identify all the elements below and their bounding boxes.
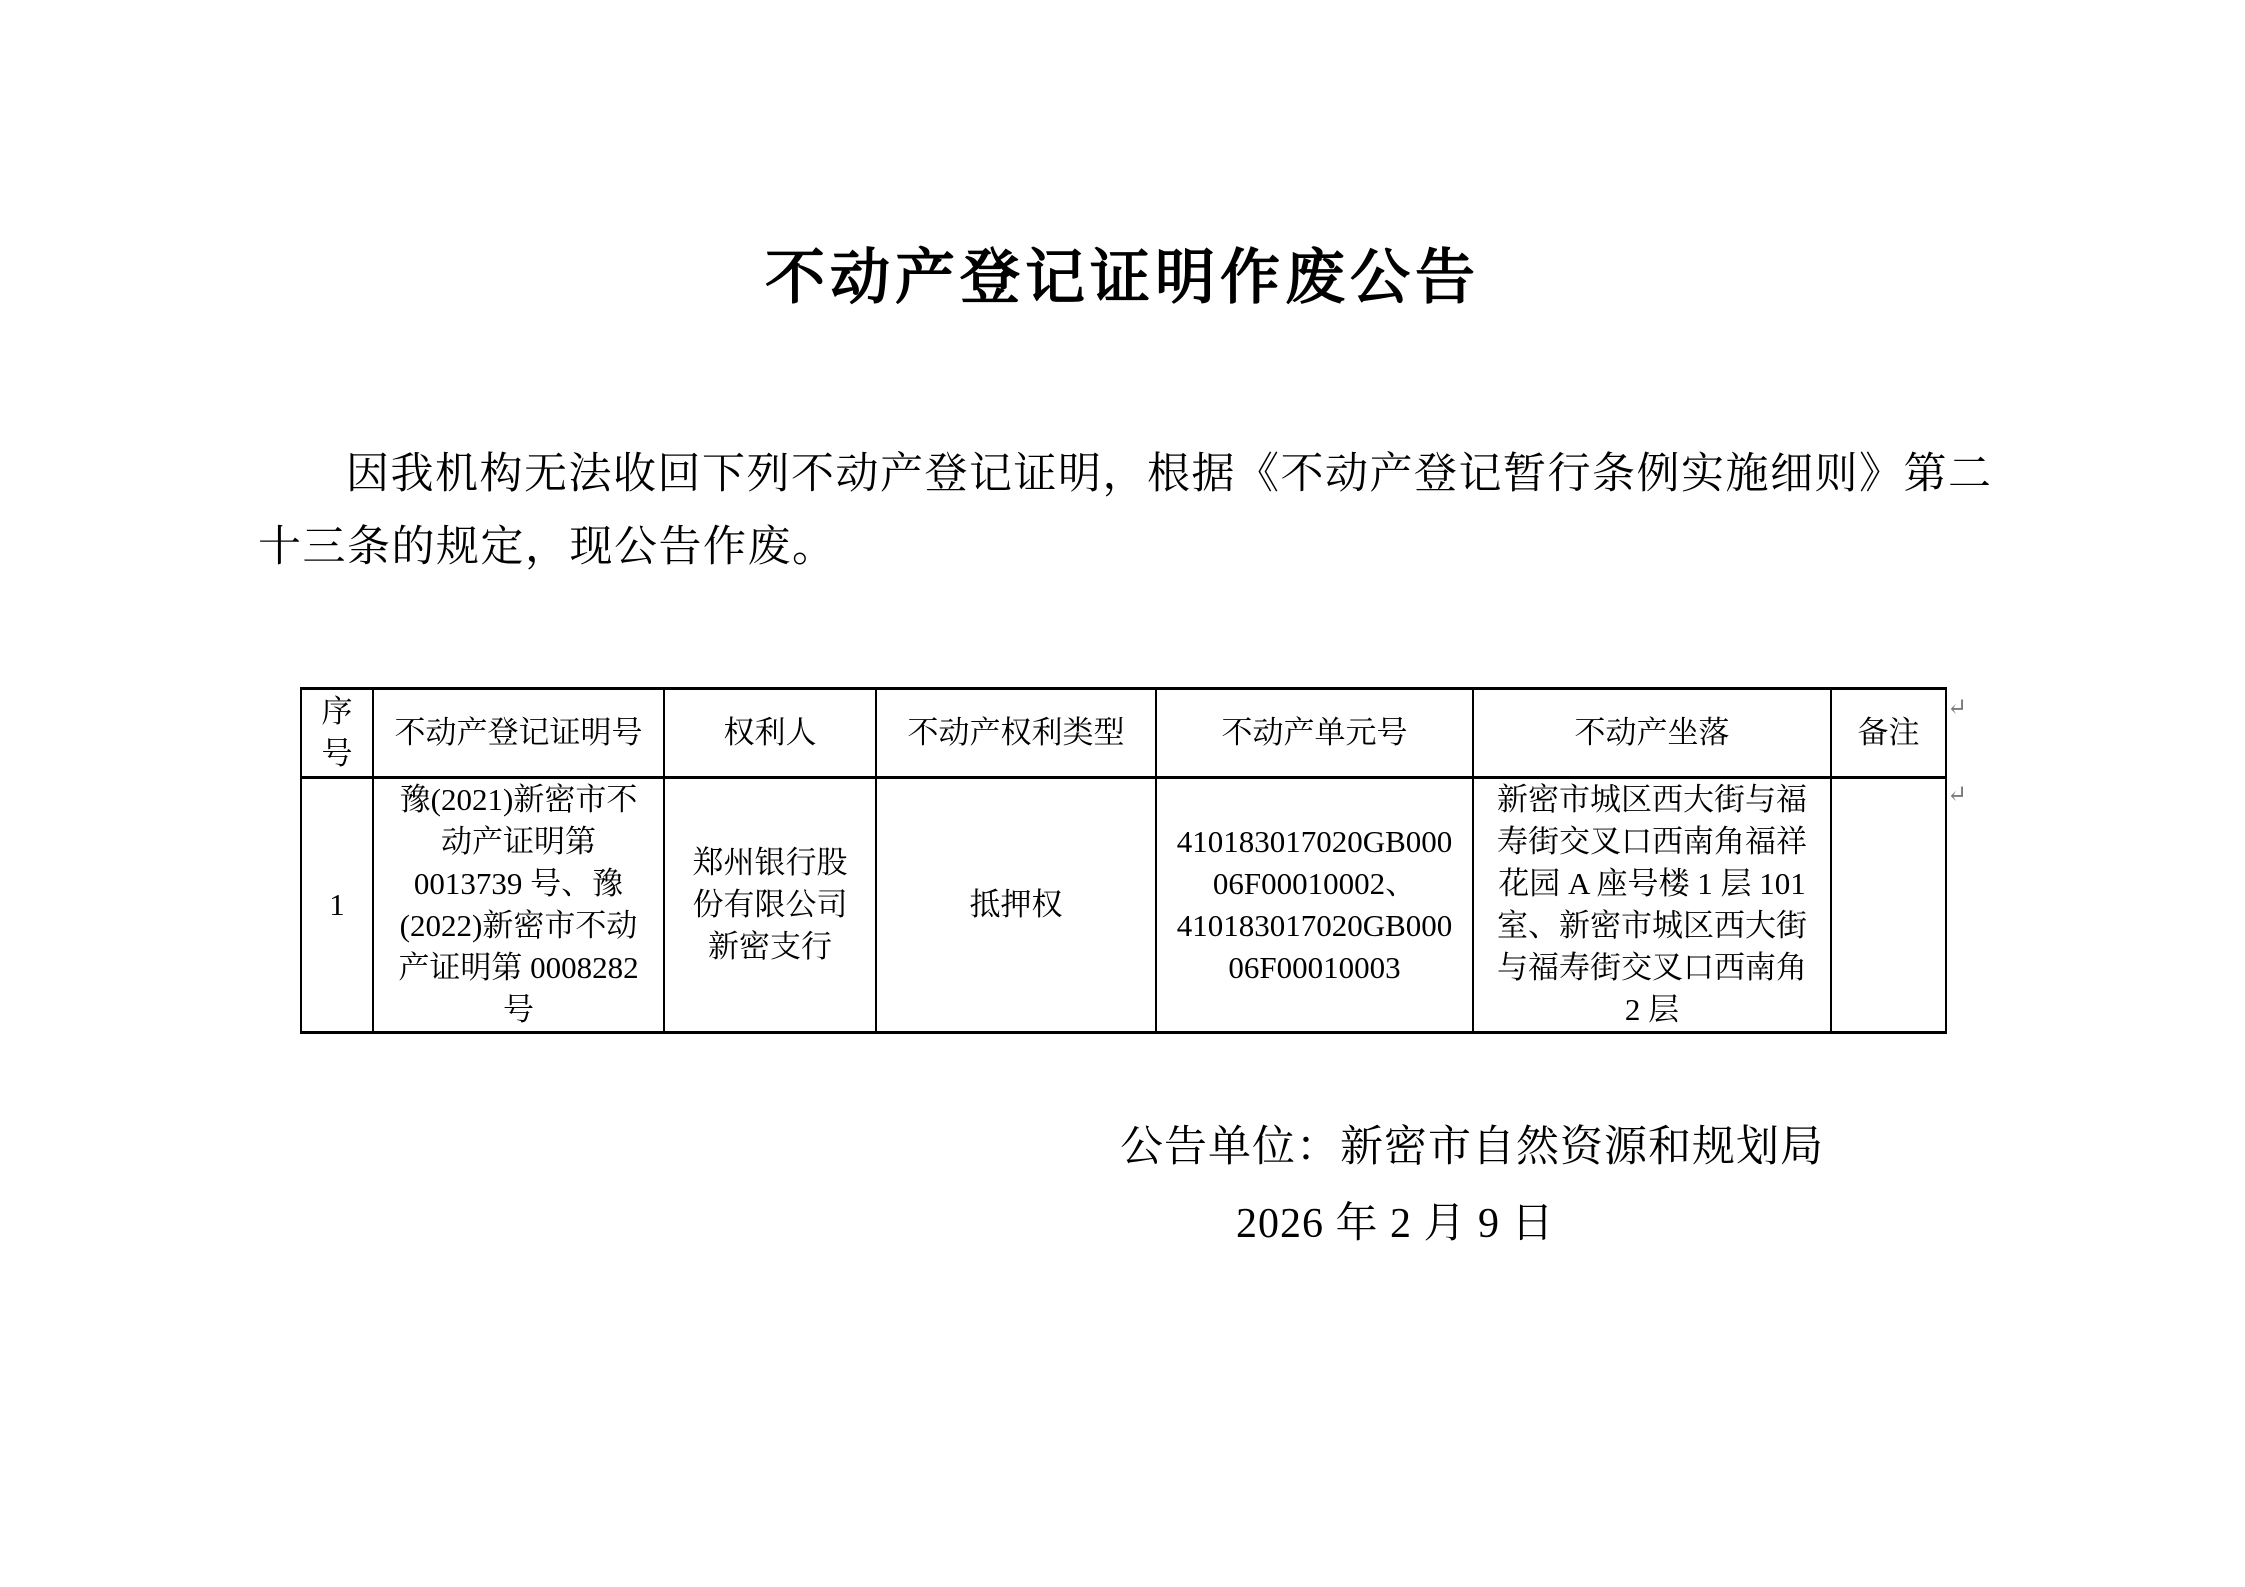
cell-holder: 郑州银行股 份有限公司 新密支行 xyxy=(664,778,876,1033)
col-header-cert-no: 不动产登记证明号 xyxy=(373,689,664,778)
certificates-table: 序 号 不动产登记证明号 权利人 不动产权利类型 不动产单元号 不动产坐落 备注… xyxy=(300,687,1947,1034)
page-title: 不动产登记证明作废公告 xyxy=(0,238,2245,318)
issuer-line: 公告单位：新密市自然资源和规划局 xyxy=(1120,1122,1824,1174)
table-row: 1 豫(2021)新密市不 动产证明第 0013739 号、豫 (2022)新密… xyxy=(301,778,1946,1033)
cell-unit-no: 410183017020GB000 06F00010002、 410183017… xyxy=(1156,778,1473,1033)
table-header-row: 序 号 不动产登记证明号 权利人 不动产权利类型 不动产单元号 不动产坐落 备注 xyxy=(301,689,1946,778)
cell-seq: 1 xyxy=(301,778,373,1033)
paragraph-return-icon: ↵ xyxy=(1947,696,1967,720)
col-header-seq: 序 号 xyxy=(301,689,373,778)
notice-paragraph-line-1: 因我机构无法收回下列不动产登记证明，根据《不动产登记暂行条例实施细则》第二 xyxy=(258,438,1973,511)
col-header-holder: 权利人 xyxy=(664,689,876,778)
col-header-location: 不动产坐落 xyxy=(1473,689,1831,778)
notice-paragraph-line-2: 十三条的规定，现公告作废。 xyxy=(258,511,1973,584)
cell-remark xyxy=(1831,778,1946,1033)
col-header-right-type: 不动产权利类型 xyxy=(876,689,1156,778)
cell-location: 新密市城区西大街与福 寿街交叉口西南角福祥 花园 A 座号楼 1 层 101 室… xyxy=(1473,778,1831,1033)
cell-right-type: 抵押权 xyxy=(876,778,1156,1033)
notice-paragraph: 因我机构无法收回下列不动产登记证明，根据《不动产登记暂行条例实施细则》第二 十三… xyxy=(258,438,1973,584)
col-header-remark: 备注 xyxy=(1831,689,1946,778)
paragraph-return-icon: ↵ xyxy=(1947,783,1967,807)
document-page: 不动产登记证明作废公告 因我机构无法收回下列不动产登记证明，根据《不动产登记暂行… xyxy=(0,0,2245,1587)
date-line: 2026 年 2 月 9 日 xyxy=(1236,1198,1555,1250)
col-header-unit-no: 不动产单元号 xyxy=(1156,689,1473,778)
cell-cert-no: 豫(2021)新密市不 动产证明第 0013739 号、豫 (2022)新密市不… xyxy=(373,778,664,1033)
